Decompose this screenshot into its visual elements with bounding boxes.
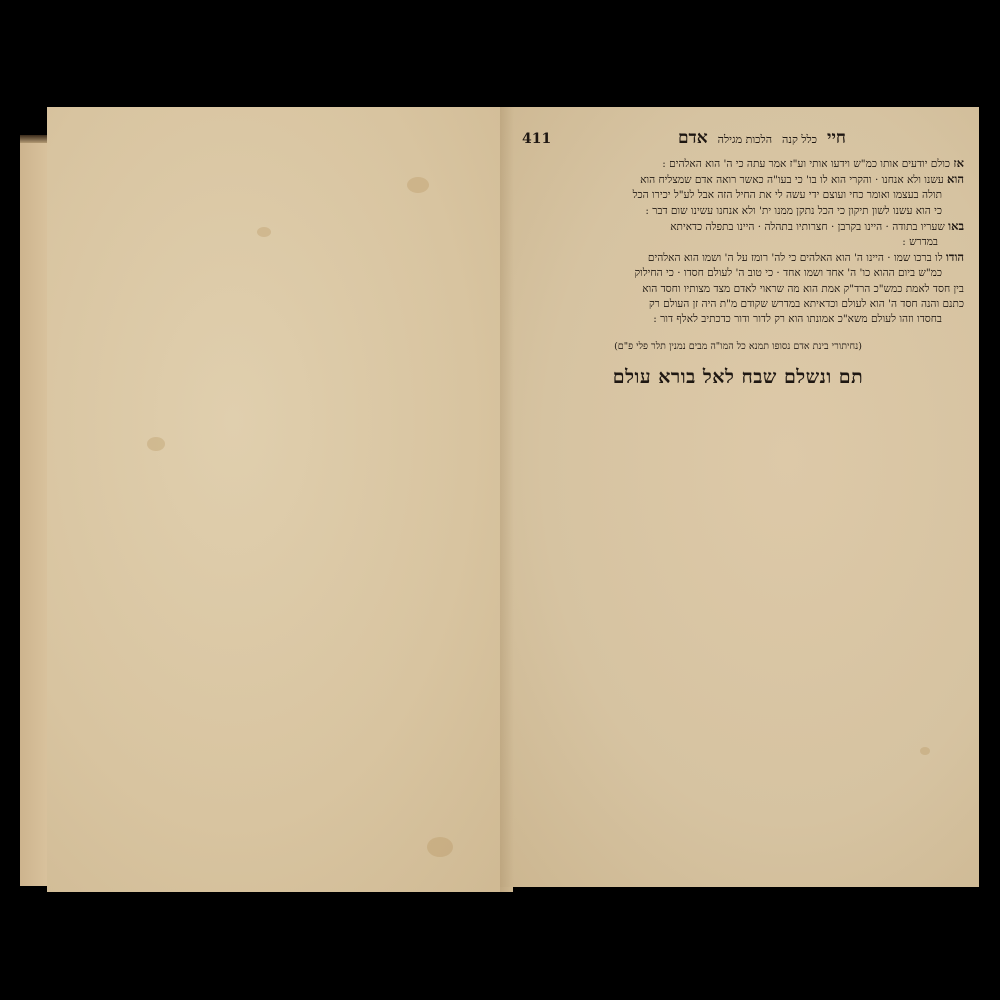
colophon: תם ונשלם שבח לאל בורא עולם [512, 366, 964, 389]
lead-word: אז [953, 156, 964, 170]
foxing-spot [257, 227, 271, 237]
running-head-subtitle-2: הלכות מגילה [718, 133, 772, 146]
lead-word: הוא [947, 172, 964, 186]
line-text: כמ"ש ביום ההוא כו' ה' אחד ושמו אחד · כי … [634, 267, 942, 279]
foxing-spot [407, 177, 429, 193]
text-line: כתנם והנה חסד ה' הוא לעולם וכדאיתא במדרש… [512, 297, 964, 312]
line-text: בחסדו וזהו לעולם משא"כ אמונתו הוא רק לדו… [653, 313, 942, 325]
text-line: הודו לו ברכו שמו · היינו ה' הוא האלהים כ… [512, 250, 964, 266]
running-title: חיי כלל קנה הלכות מגילה אדם [678, 128, 846, 148]
text-line: במדרש : [512, 235, 964, 250]
foxing-spot [147, 437, 165, 451]
text-line: אז כולם יודעים אותו כמ"ש וידעו אותי וע"ז… [512, 156, 964, 172]
line-text: כולם יודעים אותו כמ"ש וידעו אותי וע"ז אמ… [662, 158, 950, 170]
running-head-word-left: אדם [678, 128, 708, 148]
text-line: בחסדו וזהו לעולם משא"כ אמונתו הוא רק לדו… [512, 312, 964, 327]
line-text: שעריו בתודה · היינו בקרבן · חצרותיו בתהל… [670, 221, 945, 233]
page-number: 411 [522, 131, 551, 147]
footnote: (נחיתורי בינת אדם נסופו תמנא כל המו"ה מב… [512, 341, 964, 352]
text-line: כי הוא עשנו לשון תיקון כי הכל נתקן ממנו … [512, 204, 964, 219]
left-page-blank [47, 107, 513, 892]
text-line: תולה בעצמו ואומר כחי ועוצם ידי עשה לי את… [512, 188, 964, 203]
text-line: באו שעריו בתודה · היינו בקרבן · חצרותיו … [512, 219, 964, 235]
running-head-word-right: חיי [827, 128, 846, 148]
line-text: לו ברכו שמו · היינו ה' הוא האלהים כי לה'… [648, 252, 943, 264]
line-text: כי הוא עשנו לשון תיקון כי הכל נתקן ממנו … [645, 205, 942, 217]
line-text: עשנו ולא אנחנו · והקרי הוא לו בו' כי בעו… [640, 174, 944, 186]
line-text: כתנם והנה חסד ה' הוא לעולם וכדאיתא במדרש… [649, 298, 964, 310]
text-line: בין חסד לאמת כמש"כ הרד"ק אמת הוא מה שראו… [512, 282, 964, 297]
running-head: חיי כלל קנה הלכות מגילה אדם 411 [512, 128, 964, 156]
page-text: חיי כלל קנה הלכות מגילה אדם 411 אז כולם … [512, 128, 964, 389]
text-line: הוא עשנו ולא אנחנו · והקרי הוא לו בו' כי… [512, 172, 964, 188]
running-head-subtitle-1: כלל קנה [782, 133, 817, 146]
line-text: בין חסד לאמת כמש"כ הרד"ק אמת הוא מה שראו… [642, 283, 964, 295]
text-line: כמ"ש ביום ההוא כו' ה' אחד ושמו אחד · כי … [512, 266, 964, 281]
line-text: תולה בעצמו ואומר כחי ועוצם ידי עשה לי את… [633, 189, 942, 201]
line-text: במדרש : [902, 236, 938, 248]
lead-word: הודו [946, 250, 964, 264]
foxing-spot [427, 837, 453, 857]
lead-word: באו [948, 219, 964, 233]
foxing-spot [920, 747, 930, 755]
